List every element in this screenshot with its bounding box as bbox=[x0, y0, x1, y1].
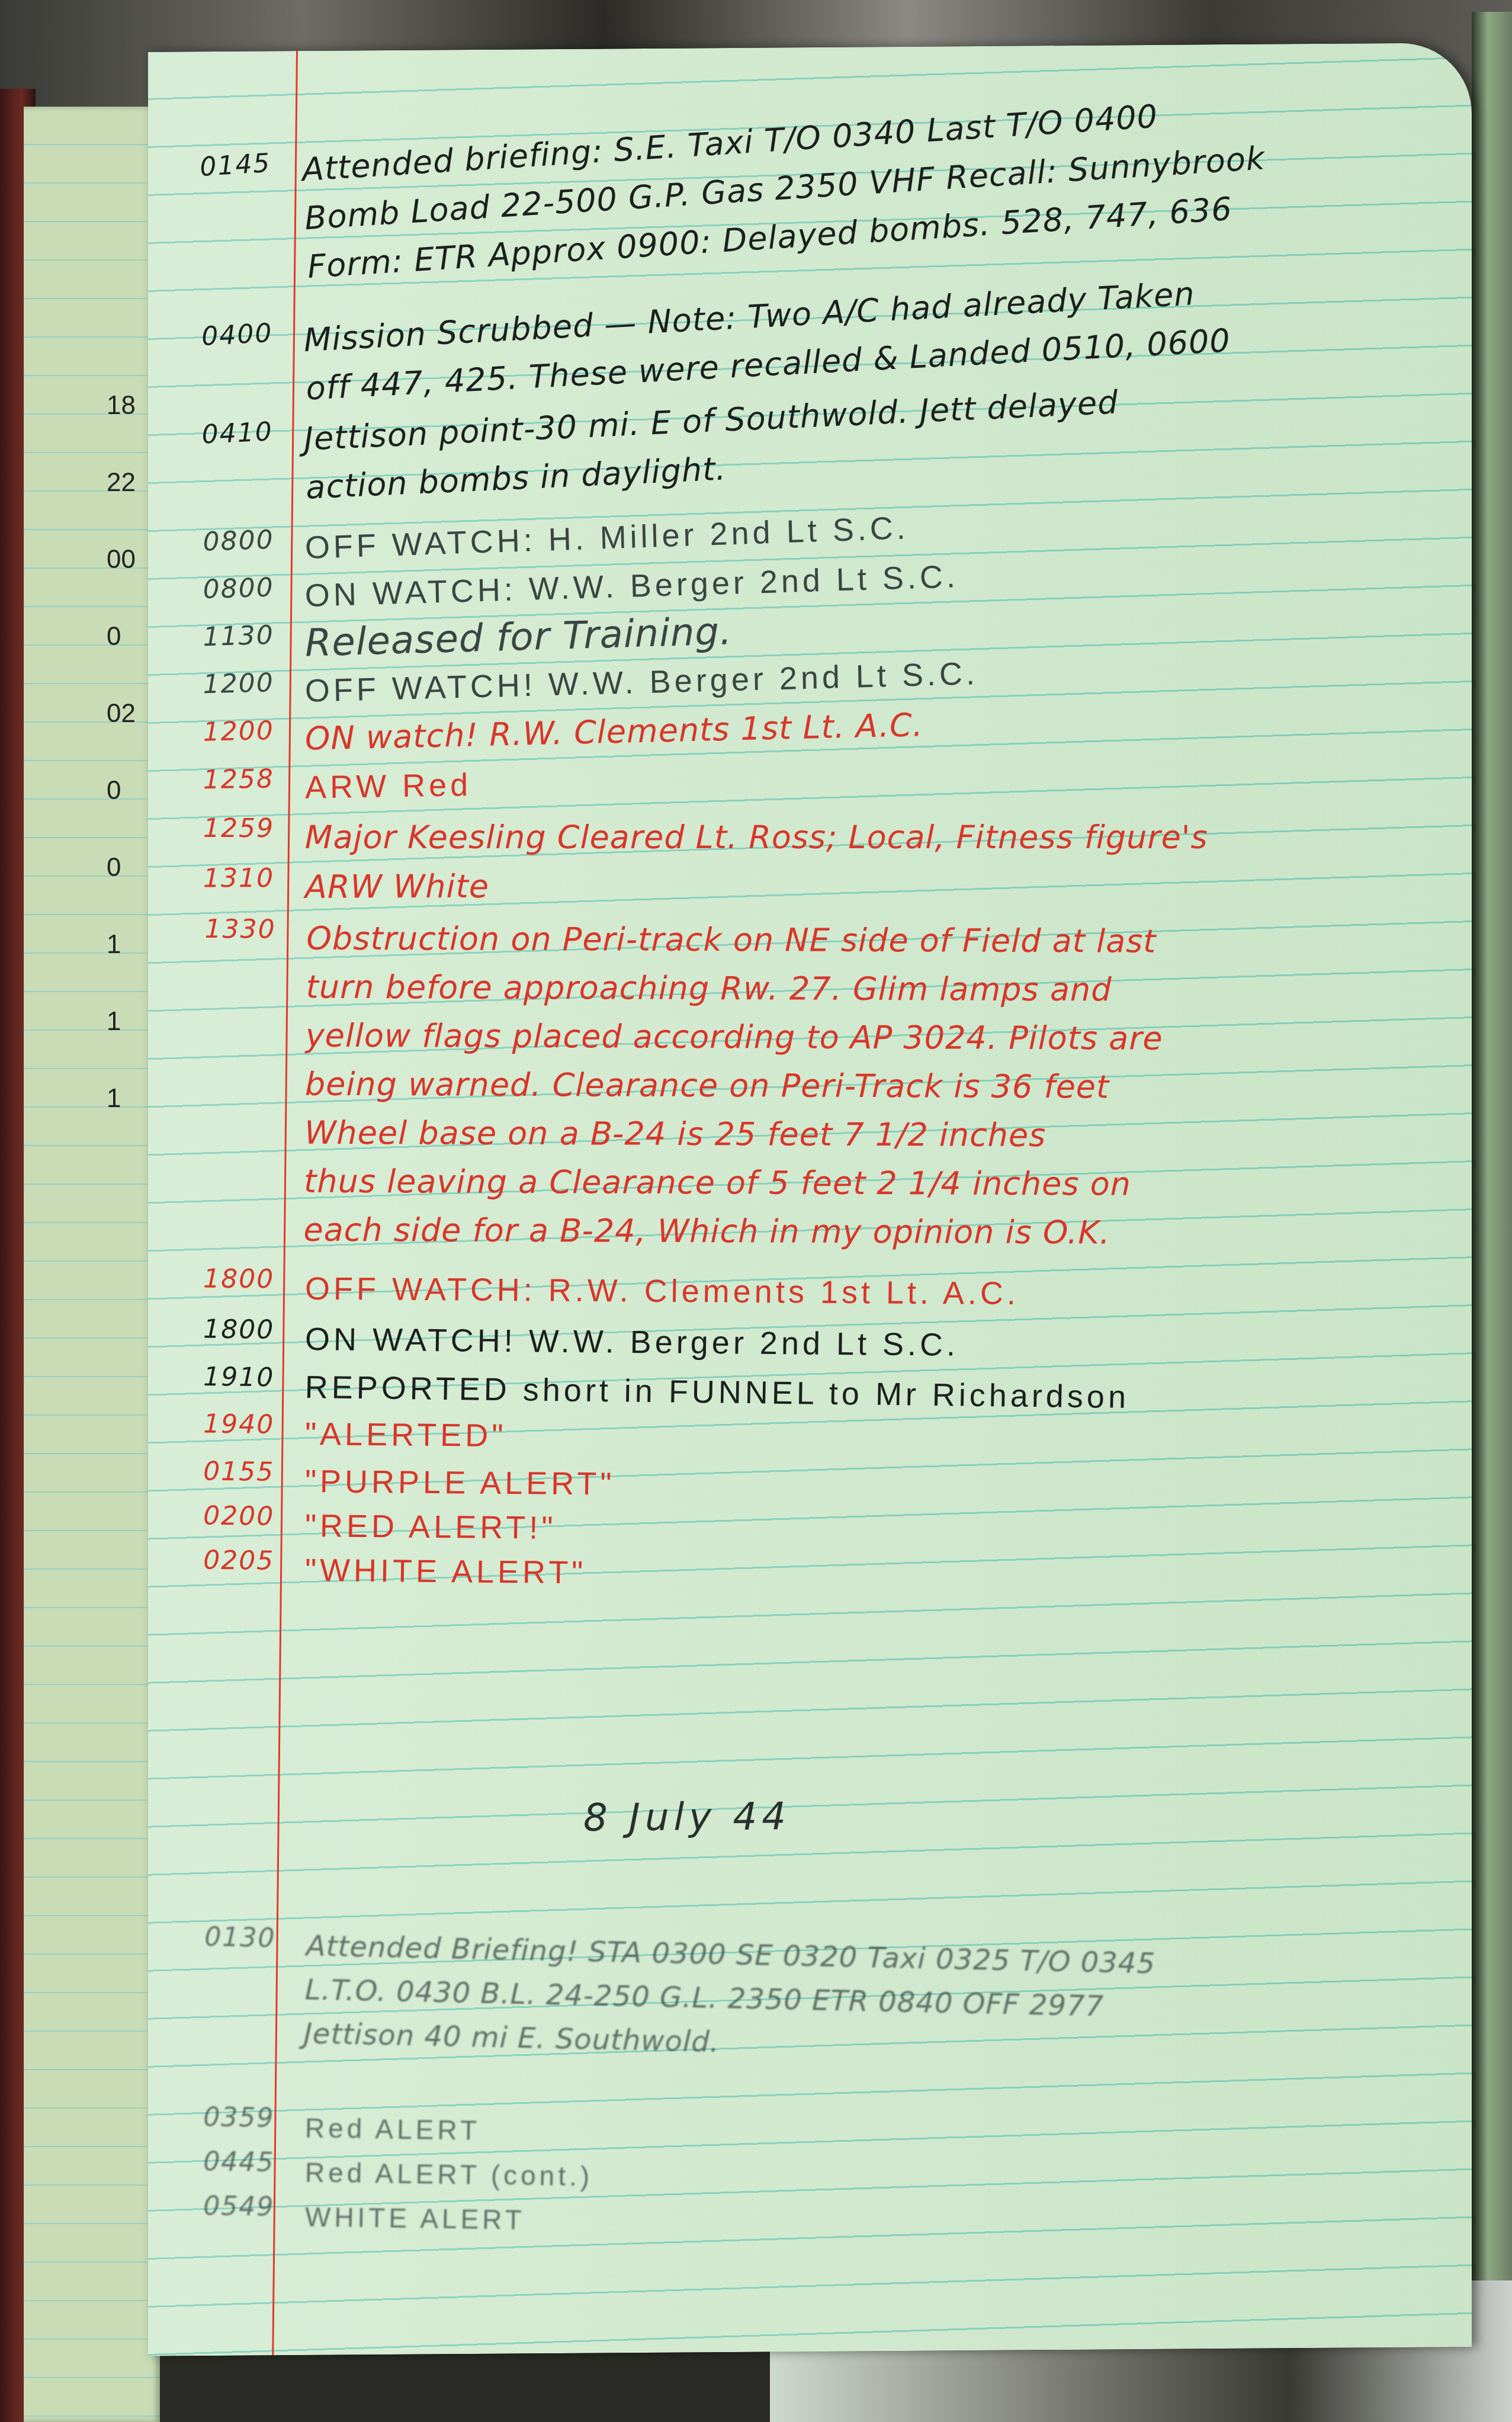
entry-time: 0410 bbox=[146, 416, 287, 453]
entry-time: 0445 bbox=[148, 2146, 288, 2178]
entry-text: "RED ALERT!" bbox=[287, 1502, 557, 1552]
entry-text: "WHITE ALERT" bbox=[287, 1546, 587, 1597]
entry-time: 1200 bbox=[147, 715, 287, 748]
log-entry: 1940 "ALERTED" bbox=[147, 1409, 507, 1460]
entry-text: "ALERTED" bbox=[287, 1410, 507, 1460]
watch-log: 0145 Attended briefing: S.E. Taxi T/O 03… bbox=[148, 43, 1472, 2356]
log-entry: 1310 ARW White bbox=[148, 862, 489, 912]
log-entry: 0205 "WHITE ALERT" bbox=[147, 1545, 587, 1597]
entry-time: 1259 bbox=[148, 813, 287, 843]
entry-text: OFF WATCH: R.W. Clements 1st Lt. A.C. bbox=[287, 1264, 1019, 1318]
entry-time: 1258 bbox=[148, 764, 287, 796]
log-entry: 0130 Attended Briefing! STA 0300 SE 0320… bbox=[146, 1921, 1156, 2074]
entry-text: Attended briefing: S.E. Taxi T/O 0340 La… bbox=[283, 85, 1269, 292]
log-entry: 1258 ARW Red bbox=[148, 761, 472, 814]
entry-text: ON WATCH! W.W. Berger 2nd Lt S.C. bbox=[287, 1315, 959, 1369]
log-entry: 1800 OFF WATCH: R.W. Clements 1st Lt. A.… bbox=[147, 1263, 1019, 1318]
entry-text: Attended Briefing! STA 0300 SE 0320 Taxi… bbox=[285, 1924, 1156, 2074]
entry-text: WHITE ALERT bbox=[287, 2192, 526, 2244]
entry-time: 0549 bbox=[148, 2190, 288, 2222]
previous-page-edge: 18 22 00 0 02 0 0 1 1 1 bbox=[24, 107, 160, 2422]
log-entry: 1800 ON WATCH! W.W. Berger 2nd Lt S.C. bbox=[147, 1314, 959, 1369]
entry-time: 1910 bbox=[148, 1361, 288, 1393]
entry-text: "PURPLE ALERT" bbox=[287, 1457, 615, 1509]
log-entry: 0200 "RED ALERT!" bbox=[147, 1500, 557, 1552]
log-entry: 0145 Attended briefing: S.E. Taxi T/O 03… bbox=[144, 85, 1269, 301]
entry-time: 1330 bbox=[149, 914, 289, 945]
entry-time: 1800 bbox=[148, 1263, 288, 1295]
entry-time: 0200 bbox=[148, 1500, 288, 1532]
date-heading: 8 July 44 bbox=[583, 1795, 791, 1840]
entry-text: Major Keesling Cleared Lt. Ross; Local, … bbox=[287, 813, 1208, 862]
entry-time: 0359 bbox=[148, 2102, 288, 2134]
entry-time: 1940 bbox=[148, 1409, 288, 1440]
log-entry: 1330 Obstruction on Peri-track on NE sid… bbox=[146, 914, 1164, 1257]
entry-time: 1130 bbox=[147, 620, 287, 654]
log-entry: 1259 Major Keesling Cleared Lt. Ross; Lo… bbox=[148, 813, 1208, 862]
log-entry: 0549 WHITE ALERT bbox=[147, 2190, 525, 2244]
entry-text: Red ALERT bbox=[287, 2103, 481, 2155]
entry-text: ARW White bbox=[287, 862, 489, 912]
log-page: 0145 Attended briefing: S.E. Taxi T/O 03… bbox=[148, 43, 1472, 2356]
entry-time: 0205 bbox=[148, 1545, 288, 1576]
entry-text: Obstruction on Peri-track on NE side of … bbox=[285, 915, 1164, 1257]
entry-time: 1200 bbox=[147, 668, 287, 701]
entry-time: 0155 bbox=[148, 1456, 288, 1487]
next-page-edge bbox=[1472, 12, 1512, 2381]
entry-time: 0145 bbox=[144, 147, 284, 186]
entry-time: 0800 bbox=[147, 524, 287, 559]
entry-time: 1310 bbox=[148, 863, 287, 894]
entry-time: 0400 bbox=[146, 317, 286, 355]
entry-time: 0130 bbox=[149, 1921, 289, 1954]
entry-time: 0800 bbox=[147, 572, 287, 607]
entry-time: 1800 bbox=[148, 1314, 288, 1345]
entry-text: ARW Red bbox=[287, 761, 472, 812]
